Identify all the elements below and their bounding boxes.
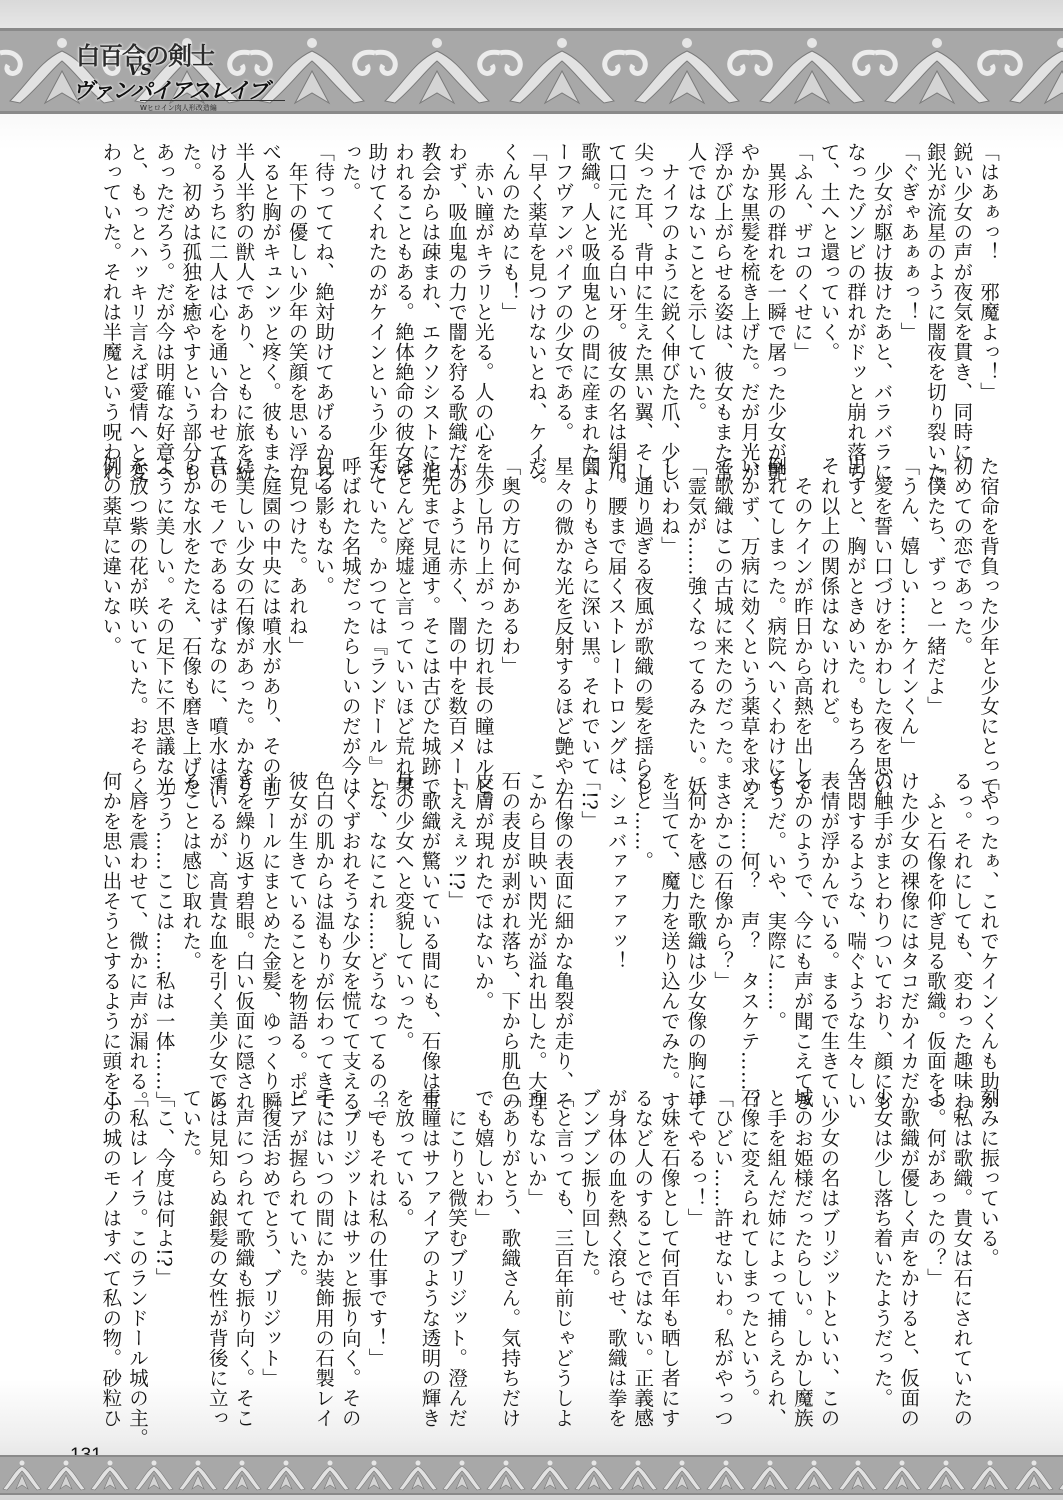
text-line: 例の薬草に違いない。: [97, 456, 124, 786]
text-line: 「こ、今度は何よ!?」: [150, 1088, 177, 1418]
text-line: 「ええぇッ!?」: [443, 771, 470, 1101]
text-line: るかのようで、今にも声が聞こえてき: [788, 771, 815, 1101]
text-line: しいわね」: [655, 456, 682, 786]
text-line: わっていた。それは半魔という呪われ: [97, 142, 124, 472]
ornament-pattern-icon: [0, 1457, 1063, 1493]
text-line: 表情が浮かんでいる。まるで生きてい: [815, 771, 842, 1101]
text-line: 「ひどい……許せないわ。私がやっつ: [708, 1088, 735, 1418]
text-line: 「ふん、ザコのくせに」: [788, 142, 815, 472]
text-line: 「見つけた。あれね」: [283, 456, 310, 786]
text-line: 庭園の中央には噴水があり、その前: [256, 456, 283, 786]
text-tier-4: 刻みに振っている。「私は歌織。貴女は石にされていたのよ。何があったの？」 歌織が…: [97, 1088, 1001, 1418]
text-line: 「ありがとう、歌織さん。気持ちだけ: [496, 1088, 523, 1418]
text-line: 彼女が生きていることを物語る。ポニ: [283, 771, 310, 1101]
text-line: 苦悶するような、喘ぐような生々しい: [841, 771, 868, 1101]
text-tier-3: 「やったぁ、これでケインくんも助かるっ。それにしても、変わった趣味ね」 ふと石像…: [97, 771, 1001, 1101]
text-line: 声につられて歌織も振り向く。そこ: [230, 1088, 257, 1418]
text-line: 「復活おめでとう、ブリジット」: [256, 1088, 283, 1418]
text-line: 人ではないことを示していた。: [682, 142, 709, 472]
text-line: 歌織。人と吸血鬼との間に産まれたハ: [576, 142, 603, 472]
text-line: 「な、なにこれ……どうなってるの？」: [363, 771, 390, 1101]
text-line: 愛を誓い口づけをかわした夜を思い: [868, 456, 895, 786]
text-line: 異形の群れを一瞬で屠った少女が艶: [762, 142, 789, 472]
text-line: 浮かび上がらせる姿は、彼女もまた常: [708, 142, 735, 472]
text-line: を当てて、魔力を送り込んでみた。す: [655, 771, 682, 1101]
text-line: 赤い瞳がキラリと光る。人の心を失: [469, 142, 496, 472]
text-line: ていた。: [177, 1088, 204, 1418]
text-line: [841, 1088, 868, 1418]
text-line: 「ぐぎゃあぁぁっ！」: [895, 142, 922, 472]
text-line: 昔のモノであるはずなのに、噴水は清: [203, 456, 230, 786]
text-line: て口元に光る白い牙。彼女の名は絹川: [602, 142, 629, 472]
text-line: 「霊気が……強くなってるみたい。妖: [682, 456, 709, 786]
text-line: 石像に変えられてしまったという。: [735, 1088, 762, 1418]
text-line: らかな水をたたえ、石像も磨き上げた: [177, 456, 204, 786]
text-line: 「!?」: [576, 771, 603, 1101]
text-line: 青瞳はサファイアのような透明の輝き: [416, 1088, 443, 1418]
text-line: 「やったぁ、これでケインくんも助か: [974, 771, 1001, 1101]
text-line: まさかこの石像から？」: [708, 771, 735, 1101]
text-line: べると胸がキュンッと疼く。彼もまた: [256, 142, 283, 472]
subtitle: Wヒロイン肉人形改造編: [140, 103, 217, 113]
text-line: た宿命を背負った少年と少女にとって: [974, 456, 1001, 786]
text-line: ブリジットはサッと振り向く。その: [336, 1088, 363, 1418]
text-line: ると……。: [629, 771, 656, 1101]
text-line: 「うう……ここは……私は一体……」: [150, 771, 177, 1101]
text-line: て、土へと還っていく。: [815, 142, 842, 472]
text-line: あっただろう。だが今は明確な好意へ: [150, 142, 177, 472]
text-line: た。腰まで届くストレートロングは、: [602, 456, 629, 786]
text-line: 年下の優しい少年の笑顔を思い浮か: [283, 142, 310, 472]
footer-ornament-band: [0, 1455, 1063, 1495]
text-line: 「私はレイラ。このランドール城の主。: [123, 1088, 150, 1418]
text-line: 色白の肌からは温もりが伝わってきて、: [310, 771, 337, 1101]
text-line: 鋭い少女の声が夜気を貫き、同時に: [948, 142, 975, 472]
text-line: 「待っててね、絶対助けてあげるから」: [310, 142, 337, 472]
text-line: くずおれそうな少女を慌てて支える。: [336, 771, 363, 1101]
text-line: 「僕たち、ずっと一緒だよ」: [921, 456, 948, 786]
text-line: 尖った耳、背中に生えた黒い翼、そし: [629, 142, 656, 472]
text-line: 「でもそれは私の仕事です！」: [363, 1088, 390, 1418]
text-line: ブンブン振り回した。: [576, 1088, 603, 1418]
text-line: 妹を石像として何百年も晒し者にす: [655, 1088, 682, 1418]
text-line: 「え……何？ 声？ タスケテ……？: [735, 771, 762, 1101]
text-line: 呼ばれた名城だったらしいのだが今は: [336, 456, 363, 786]
text-line: ナイフのように鋭く伸びた爪、少し: [655, 142, 682, 472]
text-line: 少女は少し落ち着いたようだった。: [868, 1088, 895, 1418]
text-line: た。初めは孤独を癒やすという部分も: [177, 142, 204, 472]
text-tier-1: 「はあぁっ！ 邪魔よっ！」鋭い少女の声が夜気を貫き、同時に銀光が流星のように闇夜…: [97, 142, 1001, 472]
text-line: 通り過ぎる夜風が歌織の髪を揺らし: [629, 456, 656, 786]
text-line: 「はあぁっ！ 邪魔よっ！」: [974, 142, 1001, 472]
text-line: きを繰り返す碧眼。白い仮面に隠され: [230, 771, 257, 1101]
text-line: 倒れてしまった。病院へいくわけにも: [762, 456, 789, 786]
text-line: 石の表皮が剥がれ落ち、下から肌色の: [496, 771, 523, 1101]
text-line: ピアが握られていた。: [283, 1088, 310, 1418]
text-line: けるうちに二人は心を通い合わせてい: [203, 142, 230, 472]
text-line: それ以上の関係はないけれど。: [815, 456, 842, 786]
text-line: ているが、高貴な血を引く美少女であ: [203, 771, 230, 1101]
text-line: 何かを感じた歌織は少女像の胸に手: [682, 771, 709, 1101]
subtitle-rule: [140, 100, 285, 101]
text-line: の触手がまとわりついており、顔にも: [868, 771, 895, 1101]
text-line: この城のモノはすべて私の物。砂粒ひ: [97, 1088, 124, 1418]
text-line: 歌織が優しく声をかけると、仮面の: [895, 1088, 922, 1418]
text-tier-2: た宿命を背負った少年と少女にとって初めての恋であった。「僕たち、ずっと一緒だよ」…: [97, 456, 1001, 786]
text-line: 星々の微かな光を反射するほど艶やか: [549, 456, 576, 786]
text-line: わず、吸血鬼の力で闇を狩る歌織だが、: [443, 142, 470, 472]
text-line: 「奥の方に何かあるわ」: [496, 456, 523, 786]
text-line: 刻みに振っている。: [974, 1088, 1001, 1418]
text-line: と、もっとハッキリ言えば愛情へと変: [123, 142, 150, 472]
text-line: なったゾンビの群れがドッと崩れ落ち: [841, 142, 868, 472]
text-line: 「早く薬草を見つけないとね、ケイン: [522, 142, 549, 472]
text-line: シュバァァァァッ！: [602, 771, 629, 1101]
text-line: でも嬉しいわ」: [469, 1088, 496, 1418]
text-line: 城のお姫様だったらしい。しかし魔族: [788, 1088, 815, 1418]
text-line: 銀光が流星のように闇夜を切り裂いた。: [921, 142, 948, 472]
text-line: そうだ。いや、実際に……。: [762, 771, 789, 1101]
text-line: るっ。それにしても、変わった趣味ね」: [948, 771, 975, 1101]
text-line: が身体の血を熱く滾らせ、歌織は拳を: [602, 1088, 629, 1418]
text-line: ふと石像を仰ぎ見る歌織。仮面をつ: [921, 771, 948, 1101]
text-line: こから目映い閃光が溢れ出した。大理: [522, 771, 549, 1101]
text-line: 身の少女へと変貌していった。: [389, 771, 416, 1101]
text-line: ーフヴァンパイアの少女である。: [549, 142, 576, 472]
text-line: 教会からは疎まれ、エクソシストに追: [416, 142, 443, 472]
text-line: けた少女の裸像にはタコだかイカだか: [895, 771, 922, 1101]
text-line: と手を組んだ姉によって捕らえられ、: [762, 1088, 789, 1418]
text-line: いかず、万病に効くという薬草を求め: [735, 456, 762, 786]
text-line: 助けてくれたのがケインという少年だ: [363, 142, 390, 472]
text-line: 少女が駆け抜けたあと、バラバラに: [868, 142, 895, 472]
text-line: 何かを思い出そうとするように頭を小: [97, 771, 124, 1101]
text-line: 「と言っても、三百年前じゃどうしよ: [549, 1088, 576, 1418]
text-line: にこりと微笑むブリジット。澄んだ: [443, 1088, 470, 1418]
text-line: くんのためにも！」: [496, 142, 523, 472]
text-line: 「うん、嬉しい……ケインくん」: [895, 456, 922, 786]
text-line: そのケインが昨日から高熱を出して: [788, 456, 815, 786]
text-line: だ。: [522, 456, 549, 786]
text-line: よ。何があったの？」: [921, 1088, 948, 1418]
text-line: ル先まで見通す。そこは古びた城跡で: [416, 456, 443, 786]
text-line: 見る影もない。: [310, 456, 337, 786]
text-line: 手にはいつの間にか装飾用の石製レイ: [310, 1088, 337, 1418]
text-line: て歌織はこの古城に来たのだった。: [708, 456, 735, 786]
text-line: るなど人のすることではない。正義感: [629, 1088, 656, 1418]
text-line: やかな黒髪を梳き上げた。だが月光が: [735, 142, 762, 472]
text-line: ることは感じ取れた。: [177, 771, 204, 1101]
text-line: てていた。かつては『ランドール』と: [363, 456, 390, 786]
text-line: ーテールにまとめた金髪、ゆっくり瞬: [256, 771, 283, 1101]
text-line: 少女の名はブリジットといい、この: [815, 1088, 842, 1418]
text-line: ほとんど廃墟と言っていいほど荒れ果: [389, 456, 416, 786]
text-line: を放っている。: [389, 1088, 416, 1418]
text-line: 石像の表面に細かな亀裂が走り、そ: [549, 771, 576, 1101]
text-line: 唇を震わせて、微かに声が漏れる。: [123, 771, 150, 1101]
text-line: ように美しい。その足下に不思議な光: [150, 456, 177, 786]
text-line: 少し吊り上がった切れ長の瞳はルビ: [469, 456, 496, 786]
text-line: った。: [336, 142, 363, 472]
text-line: 出すと、胸がときめいた。もちろん、: [841, 456, 868, 786]
text-line: われることもある。絶体絶命の彼女を: [389, 142, 416, 472]
text-line: 歌織が驚いている間にも、石像は生: [416, 771, 443, 1101]
text-line: に美しい少女の石像があった。かなり: [230, 456, 257, 786]
text-line: うもないか」: [522, 1088, 549, 1418]
text-line: 皮膚が現れたではないか。: [469, 771, 496, 1101]
text-line: 初めての恋であった。: [948, 456, 975, 786]
text-line: 闇よりもさらに深い黒。それでいて: [576, 456, 603, 786]
text-line: には見知らぬ銀髪の女性が背後に立っ: [203, 1088, 230, 1418]
text-line: 半人半豹の獣人であり、ともに旅を続: [230, 142, 257, 472]
text-line: けてやるっ！」: [682, 1088, 709, 1418]
text-line: を放つ紫の花が咲いていた。おそらく: [123, 456, 150, 786]
text-line: 「私は歌織。貴女は石にされていたの: [948, 1088, 975, 1418]
subtitle-wrapper: Wヒロイン肉人形改造編: [0, 0, 260, 120]
text-line: ーのように赤く、闇の中を数百メート: [443, 456, 470, 786]
